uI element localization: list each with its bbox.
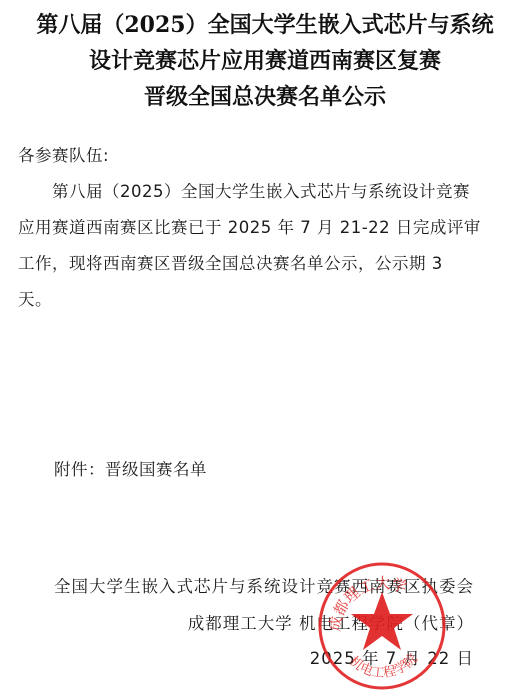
- title-line-2: 设计竞赛芯片应用赛道西南赛区复赛: [0, 44, 530, 75]
- signature-institution: 成都理工大学 机电工程学院（代章）: [188, 610, 474, 634]
- title-line-1: 第八届（2025）全国大学生嵌入式芯片与系统: [0, 8, 530, 39]
- salutation: 各参赛队伍:: [18, 142, 109, 166]
- paragraph-line-4: 天。: [18, 286, 52, 310]
- attachment-label: 附件：晋级国赛名单: [54, 456, 207, 480]
- paragraph-line-1: 第八届（2025）全国大学生嵌入式芯片与系统设计竞赛: [52, 178, 470, 202]
- title-line-3: 晋级全国总决赛名单公示: [0, 80, 530, 111]
- signature-organization: 全国大学生嵌入式芯片与系统设计竞赛西南赛区执委会: [54, 573, 474, 597]
- paragraph-line-3: 工作，现将西南赛区晋级全国总决赛名单公示，公示期 3: [18, 250, 443, 274]
- paragraph-line-2: 应用赛道西南赛区比赛已于 2025 年 7 月 21-22 日完成评审: [18, 214, 481, 238]
- signature-date: 2025 年 7 月 22 日: [310, 645, 474, 669]
